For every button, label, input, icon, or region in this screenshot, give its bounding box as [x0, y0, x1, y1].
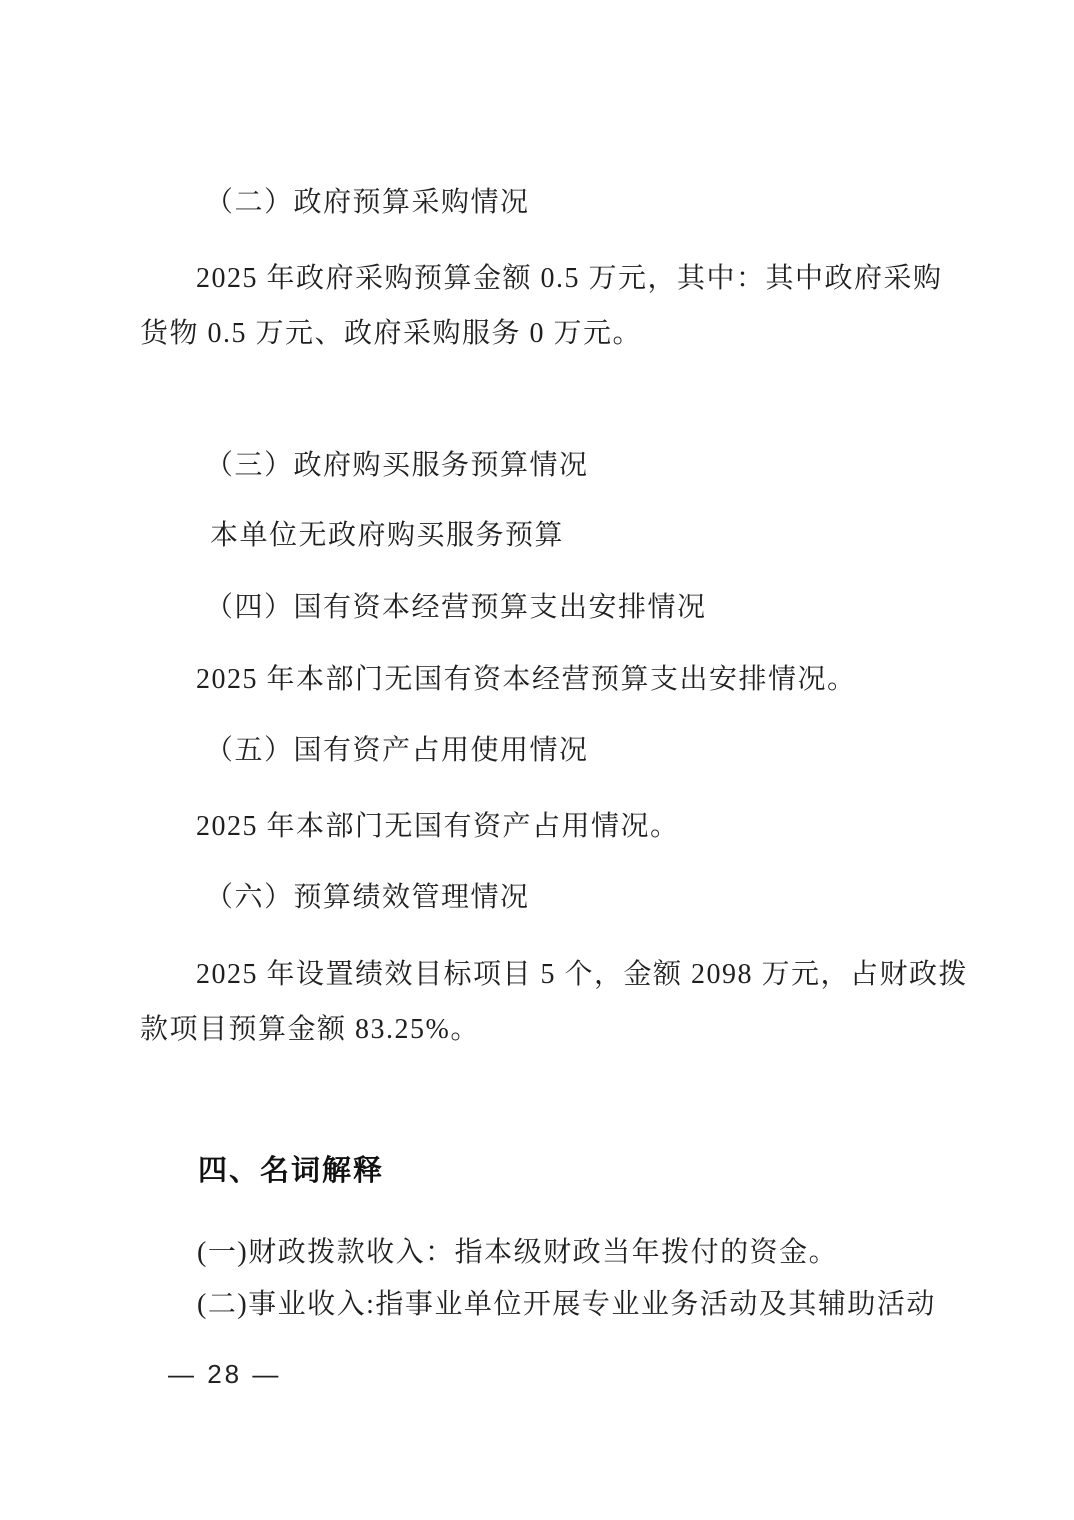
section-2-paragraph-line-2: 货物 0.5 万元、政府采购服务 0 万元。: [140, 317, 642, 351]
section-5-paragraph-line-1: 2025 年本部门无国有资产占用情况。: [196, 810, 680, 844]
section-2-paragraph-line-1: 2025 年政府采购预算金额 0.5 万元，其中：其中政府采购: [196, 262, 943, 296]
section-6-paragraph-line-1: 2025 年设置绩效目标项目 5 个，金额 2098 万元，占财政拨: [196, 958, 968, 992]
definition-line-1: (一)财政拨款收入：指本级财政当年拨付的资金。: [197, 1236, 838, 1270]
section-6-paragraph-line-2: 款项目预算金额 83.25%。: [140, 1013, 480, 1047]
section-heading-6: （六）预算绩效管理情况: [205, 881, 530, 915]
section-heading-4: （四）国有资本经营预算支出安排情况: [205, 591, 707, 625]
section-heading-2: （二）政府预算采购情况: [205, 186, 530, 220]
section-3-paragraph-line-1: 本单位无政府购买服务预算: [210, 519, 564, 553]
section-heading-5: （五）国有资产占用使用情况: [205, 734, 589, 768]
definition-line-2: (二)事业收入:指事业单位开展专业业务活动及其辅助活动: [197, 1288, 936, 1322]
page-number: — 28 —: [168, 1357, 281, 1391]
section-4-paragraph-line-1: 2025 年本部门无国有资本经营预算支出安排情况。: [196, 663, 857, 697]
document-page: （二）政府预算采购情况 2025 年政府采购预算金额 0.5 万元，其中：其中政…: [0, 0, 1074, 1520]
chapter-heading: 四、名词解释: [198, 1154, 384, 1188]
section-heading-3: （三）政府购买服务预算情况: [205, 449, 589, 483]
